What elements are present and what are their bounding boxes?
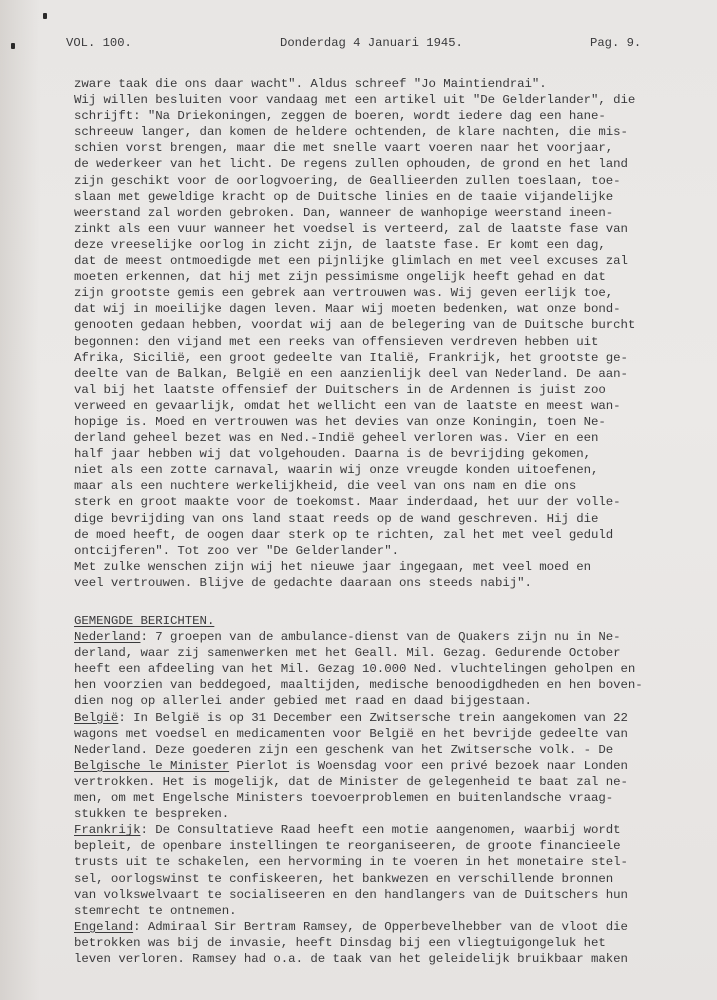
- text-line: sterk en groot maakte voor de toekomst. …: [74, 494, 694, 510]
- text-line: stukken te bespreken.: [74, 806, 694, 822]
- news-label: Belgische le Minister: [74, 759, 229, 773]
- text-line: verweed en gevaarlijk, omdat het wellich…: [74, 398, 694, 414]
- text-line: hopige is. Moed en vertrouwen was het de…: [74, 414, 694, 430]
- text-line: dat de meest ontmoedigde met een pijnlij…: [74, 253, 694, 269]
- document-body: zware taak die ons daar wacht". Aldus sc…: [74, 76, 694, 967]
- text-fragment: : In België is op 31 December een Zwitse…: [118, 711, 628, 725]
- text-line: hen voorzien van beddegoed, maaltijden, …: [74, 677, 694, 693]
- text-line: moeten erkennen, dat hij met zijn pessim…: [74, 269, 694, 285]
- text-line: dat wij in moeilijke dagen leven. Maar w…: [74, 301, 694, 317]
- news-item-nederland: Nederland: 7 groepen van de ambulance-di…: [74, 629, 694, 645]
- text-line: zinkt als een vuur wanneer het voedsel i…: [74, 221, 694, 237]
- section-heading: GEMENGDE BERICHTEN.: [74, 613, 694, 629]
- text-line: slaan met geweldige kracht op de Duitsch…: [74, 189, 694, 205]
- text-line: derland geheel bezet was en Ned.-Indië g…: [74, 430, 694, 446]
- text-line: dien nog op allerlei ander gebied met ra…: [74, 693, 694, 709]
- text-line: veel vertrouwen. Blijve de gedachte daar…: [74, 575, 694, 591]
- text-fragment: : 7 groepen van de ambulance-dienst van …: [140, 630, 620, 644]
- text-line: deze vreeselijke oorlog in zicht zijn, d…: [74, 237, 694, 253]
- text-line: stemrecht te ontnemen.: [74, 903, 694, 919]
- text-line: trusts uit te schakelen, een hervorming …: [74, 854, 694, 870]
- text-line: deelte van de Balkan, België en een aanz…: [74, 366, 694, 382]
- text-line: Nederland. Deze goederen zijn een gesche…: [74, 742, 694, 758]
- text-line: half jaar hebben wij dat volgehouden. Da…: [74, 446, 694, 462]
- text-line: leven verloren. Ramsey had o.a. de taak …: [74, 951, 694, 967]
- text-line: bepleit, de openbare instellingen te reo…: [74, 838, 694, 854]
- text-fragment: Pierlot is Woensdag voor een privé bezoe…: [229, 759, 628, 773]
- news-label: Nederland: [74, 630, 140, 644]
- text-line: de moed heeft, de oogen daar sterk op te…: [74, 527, 694, 543]
- text-line: Afrika, Sicilië, een groot gedeelte van …: [74, 350, 694, 366]
- article-continuation: zware taak die ons daar wacht". Aldus sc…: [74, 76, 694, 591]
- text-line: zijn geschikt voor de oorlogvoering, de …: [74, 173, 694, 189]
- text-line: maar als een nuchtere werkelijkheid, die…: [74, 478, 694, 494]
- ink-mark: [11, 43, 15, 49]
- text-line: heeft een afdeeling van het Mil. Gezag 1…: [74, 661, 694, 677]
- news-label: Frankrijk: [74, 823, 140, 837]
- text-line: val bij het laatste offensief der Duitsc…: [74, 382, 694, 398]
- news-section: GEMENGDE BERICHTEN. Nederland: 7 groepen…: [74, 613, 694, 967]
- page-header: VOL. 100. Donderdag 4 Januari 1945. Pag.…: [66, 36, 636, 54]
- issue-date: Donderdag 4 Januari 1945.: [280, 36, 463, 50]
- text-line: sel, oorlogswinst te confiskeeren, het b…: [74, 871, 694, 887]
- news-subitem-minister: Belgische le Minister Pierlot is Woensda…: [74, 758, 694, 774]
- text-line: men, om met Engelsche Ministers toevoerp…: [74, 790, 694, 806]
- text-line: derland, waar zij samenwerken met het Ge…: [74, 645, 694, 661]
- text-fragment: : De Consultatieve Raad heeft een motie …: [140, 823, 620, 837]
- page-number: Pag. 9.: [590, 36, 641, 50]
- text-line: betrokken was bij de invasie, heeft Dins…: [74, 935, 694, 951]
- text-line: schreeuw langer, dan komen de heldere oc…: [74, 124, 694, 140]
- text-line: van volkswelvaart te socialiseeren en de…: [74, 887, 694, 903]
- section-heading-text: GEMENGDE BERICHTEN.: [74, 614, 214, 628]
- text-line: wagons met voedsel en medicamenten voor …: [74, 726, 694, 742]
- news-item-frankrijk: Frankrijk: De Consultatieve Raad heeft e…: [74, 822, 694, 838]
- text-line: schrijft: "Na Driekoningen, zeggen de bo…: [74, 108, 694, 124]
- news-label: Engeland: [74, 920, 133, 934]
- text-line: schien vorst brengen, maar die met snell…: [74, 140, 694, 156]
- typewritten-page: VOL. 100. Donderdag 4 Januari 1945. Pag.…: [0, 0, 717, 1000]
- text-line: zware taak die ons daar wacht". Aldus sc…: [74, 76, 694, 92]
- volume-number: VOL. 100.: [66, 36, 132, 50]
- text-line: weerstand zal worden gebroken. Dan, wann…: [74, 205, 694, 221]
- news-item-belgie: België: In België is op 31 December een …: [74, 710, 694, 726]
- section-gap: [74, 591, 694, 613]
- text-fragment: : Admiraal Sir Bertram Ramsey, de Opperb…: [133, 920, 628, 934]
- text-line: dige bevrijding van ons land staat reeds…: [74, 511, 694, 527]
- text-line: zijn grootste gemis een gebrek aan vertr…: [74, 285, 694, 301]
- ink-mark: [43, 13, 47, 19]
- text-line: Wij willen besluiten voor vandaag met ee…: [74, 92, 694, 108]
- text-line: niet als een zotte carnaval, waarin wij …: [74, 462, 694, 478]
- text-line: de wederkeer van het licht. De regens zu…: [74, 156, 694, 172]
- text-line: begonnen: den vijand met een reeks van o…: [74, 334, 694, 350]
- news-item-engeland: Engeland: Admiraal Sir Bertram Ramsey, d…: [74, 919, 694, 935]
- text-line: ontcijferen". Tot zoo ver "De Gelderland…: [74, 543, 694, 559]
- text-line: genooten gedaan hebben, voordat wij aan …: [74, 317, 694, 333]
- text-line: Met zulke wenschen zijn wij het nieuwe j…: [74, 559, 694, 575]
- news-label: België: [74, 711, 118, 725]
- text-line: vertrokken. Het is mogelijk, dat de Mini…: [74, 774, 694, 790]
